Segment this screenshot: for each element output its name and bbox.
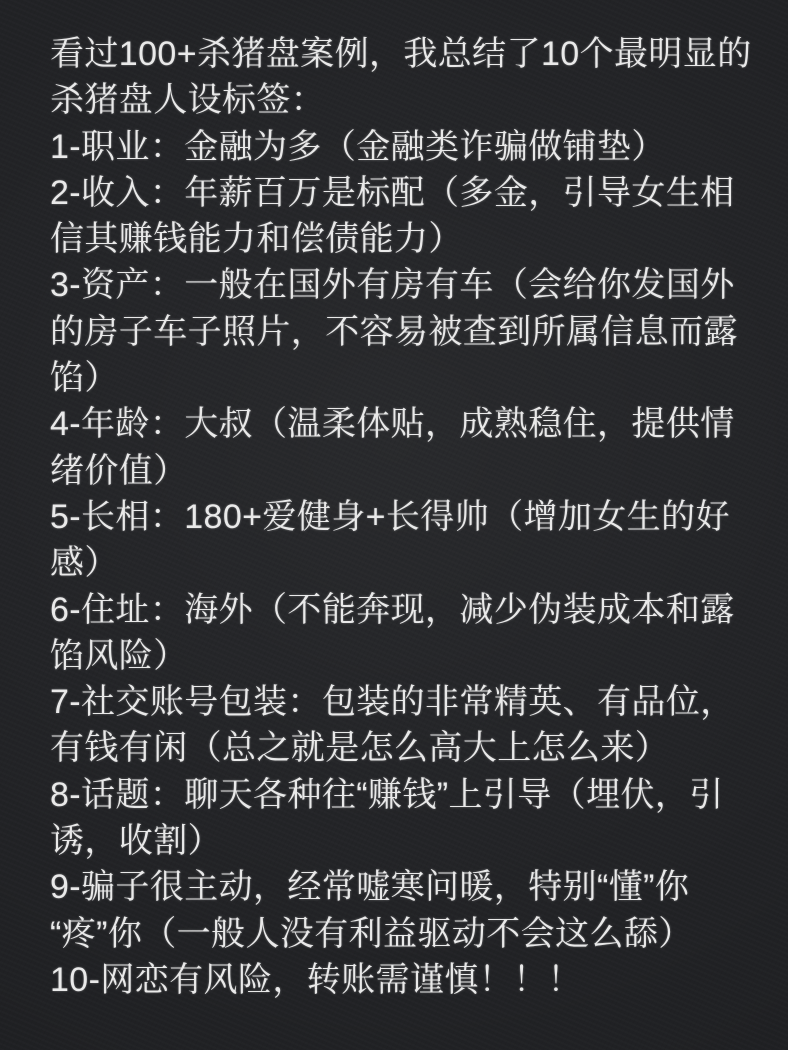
text-line: 诱，收割）	[50, 818, 758, 864]
text-line: 6-住址：海外（不能奔现，减少伪装成本和露	[50, 587, 758, 633]
text-line: 10-网恋有风险，转账需谨慎！！！	[50, 957, 758, 1003]
text-line: “疼”你（一般人没有利益驱动不会这么舔）	[50, 911, 758, 957]
text-line: 馅）	[50, 355, 758, 401]
text-line: 信其赚钱能力和偿债能力）	[50, 216, 758, 262]
text-line: 的房子车子照片，不容易被查到所属信息而露	[50, 309, 758, 355]
text-line: 馅风险）	[50, 633, 758, 679]
text-line: 4-年龄：大叔（温柔体贴，成熟稳住，提供情	[50, 401, 758, 447]
text-image: 看过100+杀猪盘案例，我总结了10个最明显的杀猪盘人设标签：1-职业：金融为多…	[0, 0, 788, 1050]
text-line: 8-话题：聊天各种往“赚钱”上引导（埋伏，引	[50, 772, 758, 818]
text-line: 2-收入：年薪百万是标配（多金，引导女生相	[50, 170, 758, 216]
post-text: 看过100+杀猪盘案例，我总结了10个最明显的杀猪盘人设标签：1-职业：金融为多…	[0, 0, 788, 1003]
text-line: 7-社交账号包装：包装的非常精英、有品位，	[50, 679, 758, 725]
text-line: 有钱有闲（总之就是怎么高大上怎么来）	[50, 725, 758, 771]
text-line: 看过100+杀猪盘案例，我总结了10个最明显的	[50, 31, 758, 77]
text-line: 杀猪盘人设标签：	[50, 77, 758, 123]
text-line: 9-骗子很主动，经常嘘寒问暖，特别“懂”你	[50, 864, 758, 910]
text-line: 绪价值）	[50, 448, 758, 494]
text-line: 3-资产：一般在国外有房有车（会给你发国外	[50, 262, 758, 308]
text-line: 5-长相：180+爱健身+长得帅（增加女生的好	[50, 494, 758, 540]
text-line: 感）	[50, 540, 758, 586]
text-line: 1-职业：金融为多（金融类诈骗做铺垫）	[50, 124, 758, 170]
